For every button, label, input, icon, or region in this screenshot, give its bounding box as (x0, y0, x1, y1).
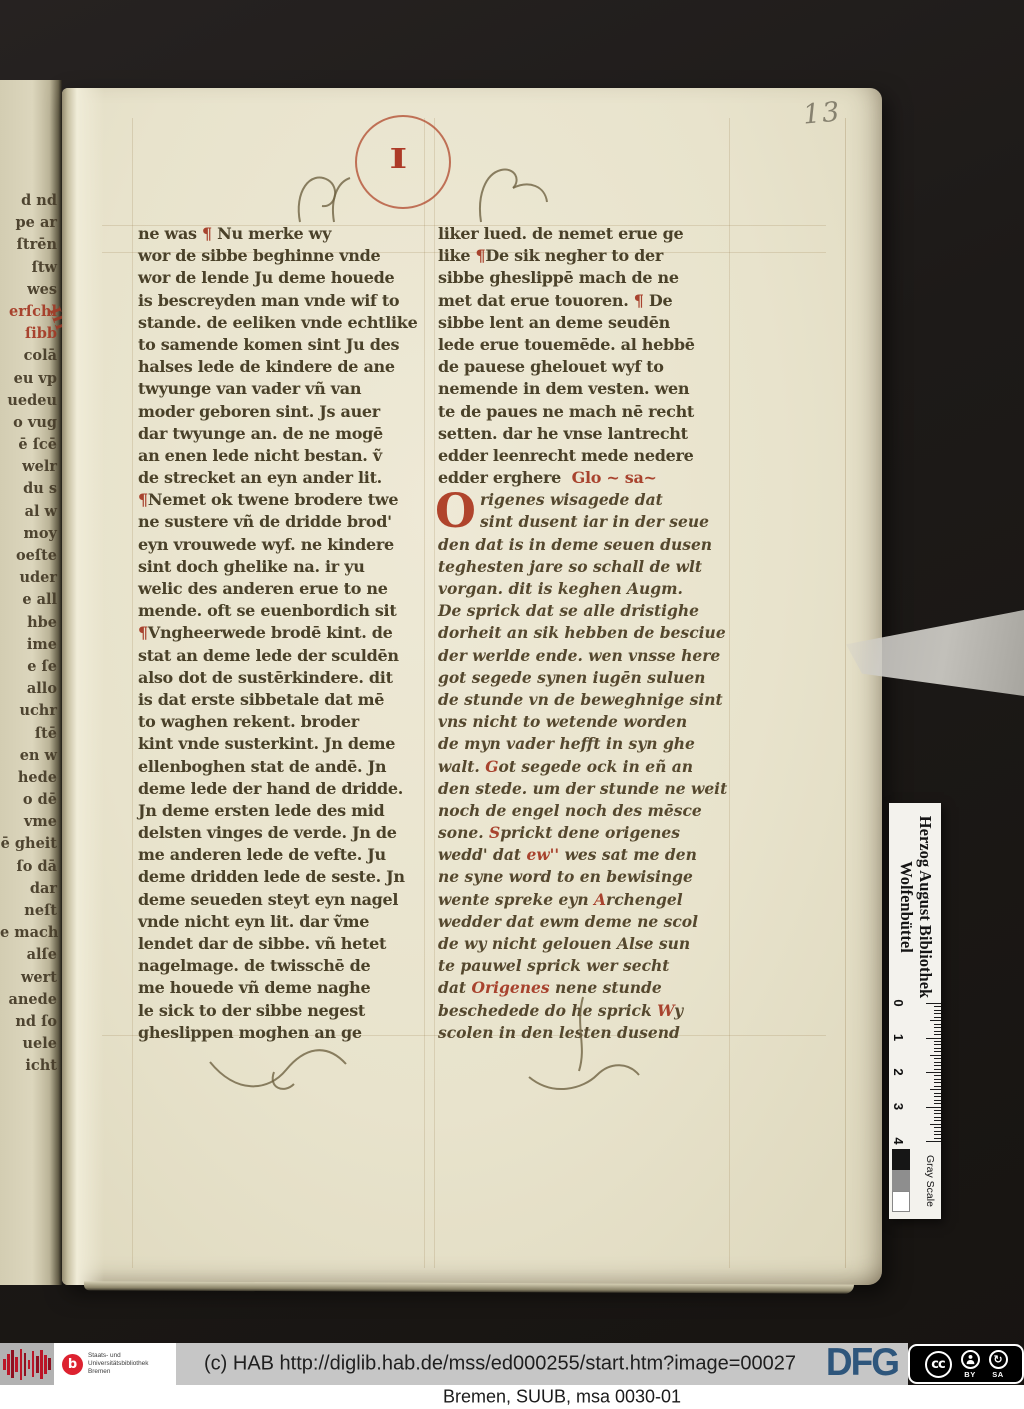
manuscript-line: vnde nicht eyn lit. dar ṽme (138, 912, 440, 934)
bremen-barcode-logo-icon (0, 1343, 54, 1385)
ink-text: rchengel (606, 890, 683, 909)
ruler-tick (934, 1051, 941, 1052)
bremen-org-line: Bremen (88, 1368, 148, 1376)
facing-page-fragment: wes (0, 281, 62, 303)
manuscript-line: De sprick dat se alle dristighe (438, 601, 740, 623)
footer-caption-row: Bremen, SUUB, msa 0030-01 (0, 1385, 1024, 1409)
ink-text: stat an deme lede der sculdēn (138, 646, 399, 665)
barcode-bar (7, 1354, 10, 1375)
rubric-text: W (657, 1001, 674, 1020)
ink-text: walt. (438, 757, 485, 776)
facing-page-fragment: uder (0, 569, 62, 591)
manuscript-line: ne syne word to en bewisinge (438, 867, 740, 889)
ink-text: le sick to der sibbe negest (138, 1001, 365, 1020)
manuscript-page: 13 I ne was ¶ Nu merke wywor de sibbe be… (62, 88, 882, 1285)
ruler-tick (934, 1044, 941, 1045)
manuscript-line: wor de sibbe beghinne vnde (138, 246, 440, 268)
ink-text: dar twyunge an. de ne mogē (138, 424, 383, 443)
manuscript-line: kint vnde susterkint. Jn deme (138, 734, 440, 756)
manuscript-line: moder geboren sint. Js auer (138, 402, 440, 424)
manuscript-line: me anderen lede de vefte. Ju (138, 845, 440, 867)
barcode-bar (32, 1351, 35, 1377)
cc-license-badge: cc BY ↻ SA (908, 1344, 1024, 1384)
ruler-tick (926, 1072, 941, 1073)
grayscale-label: Gray Scale (924, 1155, 936, 1207)
manuscript-line: noch de engel noch des mēsce (438, 801, 740, 823)
ruler-tick (934, 1113, 941, 1114)
facing-page-fragment: ime (0, 636, 62, 658)
shelfmark: Bremen, SUUB, msa 0030-01 (443, 1387, 681, 1408)
facing-page-fragment: allo (0, 680, 62, 702)
dropcap-initial: O (435, 484, 476, 539)
ruler-tick (934, 1086, 941, 1087)
manuscript-line: an enen lede nicht bestan. ṽ (138, 446, 440, 468)
manuscript-line: lede erue touemēde. al hebbē (438, 335, 740, 357)
ink-text: eyn vrouwede wyf. ne kindere (138, 535, 394, 554)
manuscript-line: me houede vñ deme naghe (138, 978, 440, 1000)
ink-text: delsten vinges de verde. Jn de (138, 823, 397, 842)
ink-text: vns nicht to wetende worden (438, 712, 687, 731)
ink-text: sint dusent iar in der seue (480, 512, 709, 531)
barcode-bar (44, 1355, 47, 1374)
barcode-bar (15, 1357, 18, 1372)
manuscript-line: is bescreyden man vnde wif to (138, 291, 440, 313)
grayscale-patch (892, 1170, 910, 1191)
manuscript-line: sibbe lent an deme seudēn (438, 313, 740, 335)
bremen-org-line: Staats- und (88, 1352, 148, 1360)
ink-text: sibbe gheslippē mach de ne (438, 268, 679, 287)
cc-by-label: BY (964, 1370, 975, 1379)
manuscript-line: den dat is in deme seuen dusen (438, 535, 740, 557)
facing-page-fragment: o dē (0, 791, 62, 813)
facing-page-fragment: icht (0, 1057, 62, 1079)
ink-text: deme seueden steyt eyn nagel (138, 890, 398, 909)
ruler-tick (934, 1048, 941, 1049)
ruler-tick (934, 1127, 941, 1128)
ink-text: wes sat me den (559, 845, 697, 864)
manuscript-line: dorheit an sik hebben de besciue (438, 623, 740, 645)
manuscript-line: like ¶De sik negher to der (438, 246, 740, 268)
ruler-tick (934, 1010, 941, 1011)
ruling-guide (132, 118, 133, 1268)
ink-text: De sik negher to der (485, 246, 663, 265)
copyright-strip: (c) HAB http://diglib.hab.de/mss/ed00025… (176, 1343, 908, 1385)
pen-flourish-icon (202, 1036, 354, 1100)
facing-page-fragment: pe ar (0, 214, 62, 236)
ruler-tick (926, 1141, 941, 1142)
facing-page-fragment: e mach (0, 924, 62, 946)
ink-text: lendet dar de sibbe. vñ hetet (138, 934, 386, 953)
barcode-bar (40, 1350, 43, 1379)
ink-text: got segede synen iugēn suluen (438, 668, 705, 687)
ink-text: der werlde ende. wen vnsse here (438, 646, 720, 665)
manuscript-line: stat an deme lede der sculdēn (138, 646, 440, 668)
ink-text: rigenes wisagede dat (480, 490, 663, 509)
manuscript-line: rigenes wisagede dat (438, 490, 740, 512)
barcode-bar (48, 1358, 51, 1370)
ruler-tick (926, 1107, 941, 1108)
ink-text: noch de engel noch des mēsce (438, 801, 702, 820)
barcode-bar (36, 1356, 39, 1373)
ruler-tick (934, 1027, 941, 1028)
ink-text: me houede vñ deme naghe (138, 978, 370, 997)
ink-text: te de paues ne mach nē recht (438, 402, 694, 421)
manuscript-line: nagelmage. de twisschē de (138, 956, 440, 978)
ink-text: prickt dene origenes (500, 823, 680, 842)
ink-text: de myn vader hefft in syn ghe (438, 734, 695, 753)
ruler-tick (926, 1003, 941, 1004)
ruler-number: 4 (891, 1137, 906, 1144)
cc-by-person-icon (961, 1350, 980, 1369)
ink-text: vnde nicht eyn lit. dar ṽme (138, 912, 369, 931)
facing-page-edge: d ndpe arſtrēnſtwweserſchlſibbcolāeu vpu… (0, 80, 62, 1285)
ruler-tick (934, 1041, 941, 1042)
ruler-tick (930, 1089, 941, 1090)
ruler-tick (930, 1020, 941, 1021)
facing-page-fragment: oeſte (0, 547, 62, 569)
facing-page-fragment: ē gheit (0, 835, 62, 857)
ink-text: setten. dar he vnse lantrecht (438, 424, 688, 443)
cc-by-item: BY (961, 1350, 980, 1379)
manuscript-line: delsten vinges de verde. Jn de (138, 823, 440, 845)
manuscript-line: mende. oft se euenbordich sit (138, 601, 440, 623)
ruler-tick (934, 1024, 941, 1025)
ruler-tick (934, 1075, 941, 1076)
ink-text: liker lued. de nemet erue ge (438, 224, 683, 243)
ink-text: an enen lede nicht bestan. ṽ (138, 446, 382, 465)
footer: b Staats- und Universitätsbibliothek Bre… (0, 1343, 1024, 1409)
manuscript-line: de myn vader hefft in syn ghe (438, 734, 740, 756)
ruler-number: 1 (891, 1034, 906, 1041)
ink-text: wedd' dat (438, 845, 526, 864)
facing-page-fragment: d nd (0, 192, 62, 214)
grayscale-patches (892, 1149, 910, 1212)
rubric-text: G (485, 757, 498, 776)
facing-page-fragment: hbe (0, 614, 62, 636)
facing-page-fragment: o vug (0, 414, 62, 436)
manuscript-line: also dot de sustērkindere. dit (138, 668, 440, 690)
ink-text: twyunge van vader vñ van (138, 379, 361, 398)
ruler-tick (934, 1131, 941, 1132)
ruler-tick (934, 1110, 941, 1111)
ink-text: deme dridden lede de seste. Jn (138, 867, 405, 886)
manuscript-line: eyn vrouwede wyf. ne kindere (138, 535, 440, 557)
facing-page-fragment: eu vp (0, 370, 62, 392)
manuscript-line: twyunge van vader vñ van (138, 379, 440, 401)
cc-sa-item: ↻ SA (989, 1350, 1008, 1379)
manuscript-line: halses lede de kindere de ane (138, 357, 440, 379)
ink-text: edder leenrecht mede nedere (438, 446, 694, 465)
ink-text: de pauese ghelouet wyf to (438, 357, 664, 376)
facing-page-fragment: ē ſcē (0, 436, 62, 458)
ruler-tick (934, 1134, 941, 1135)
ink-text: Nemet ok twene brodere twe (148, 490, 398, 509)
ink-text: is dat erste sibbetale dat mē (138, 690, 384, 709)
dfg-logo: DFG (826, 1340, 898, 1384)
ruler-tick (934, 1013, 941, 1014)
ink-text: nemende in dem vesten. wen (438, 379, 689, 398)
ink-text: ellenboghen stat de andē. Jn (138, 757, 386, 776)
bremen-org-name: Staats- und Universitätsbibliothek Breme… (88, 1352, 148, 1375)
facing-page-fragment: ſtw (0, 259, 62, 281)
facing-page-fragment: en w (0, 747, 62, 769)
ink-text: De (644, 291, 673, 310)
ink-text: halses lede de kindere de ane (138, 357, 395, 376)
manuscript-line: deme seueden steyt eyn nagel (138, 890, 440, 912)
facing-page-fragment: dar (0, 880, 62, 902)
ink-text: wente spreke eyn (438, 890, 594, 909)
ruler-tick (934, 1034, 941, 1035)
rubric-text: ¶ (476, 246, 486, 265)
pen-ascender-flourish-icon (290, 164, 362, 226)
manuscript-line: liker lued. de nemet erue ge (438, 224, 740, 246)
ruler-tick (934, 1062, 941, 1063)
facing-page-fragment: wert (0, 969, 62, 991)
manuscript-line: ¶Vngheerwede brodē kint. de (138, 623, 440, 645)
manuscript-line: de stunde vn de beweghnige sint (438, 690, 740, 712)
ink-text: is bescreyden man vnde wif to (138, 291, 399, 310)
ruler-tick (934, 1017, 941, 1018)
library-label-strip: Herzog August Bibliothek Wolfenbüttel 01… (889, 803, 941, 1219)
ruling-guide (845, 118, 846, 1268)
bremen-b-initial: b (68, 1357, 77, 1372)
library-name-line2: Wolfenbüttel (897, 813, 916, 1001)
ruler-number: 0 (891, 999, 906, 1006)
ruler-number: 2 (891, 1068, 906, 1075)
ruler-number: 3 (891, 1103, 906, 1110)
manuscript-line: stande. de eeliken vnde echtlike (138, 313, 440, 335)
ink-text: ne was (138, 224, 202, 243)
manuscript-line: de strecket an eyn ander lit. (138, 468, 440, 490)
ink-text: ne syne word to en bewisinge (438, 867, 693, 886)
ink-text: lede erue touemēde. al hebbē (438, 335, 695, 354)
manuscript-line: wente spreke eyn Archengel (438, 890, 740, 912)
manuscript-scan: d ndpe arſtrēnſtwweserſchlſibbcolāeu vpu… (0, 0, 1024, 1409)
ruler-tick (934, 1100, 941, 1101)
manuscript-line: got segede synen iugēn suluen (438, 668, 740, 690)
folio-number: 13 (802, 96, 843, 130)
ink-text: sibbe lent an deme seudēn (438, 313, 670, 332)
facing-page-text-fragments: d ndpe arſtrēnſtwweserſchlſibbcolāeu vpu… (0, 80, 62, 1080)
facing-page-fragment: al w (0, 503, 62, 525)
manuscript-line: nemende in dem vesten. wen (438, 379, 740, 401)
ink-text: dat (438, 978, 471, 997)
ink-text: sone. (438, 823, 489, 842)
facing-page-fragment: vme (0, 813, 62, 835)
manuscript-line: deme dridden lede de seste. Jn (138, 867, 440, 889)
manuscript-line: vns nicht to wetende worden (438, 712, 740, 734)
ink-text: wor de sibbe beghinne vnde (138, 246, 380, 265)
ink-text: nagelmage. de twisschē de (138, 956, 370, 975)
manuscript-line: edder leenrecht mede nedere (438, 446, 740, 468)
grayscale-patch (892, 1191, 910, 1212)
ink-text: deme lede der hand de dridde. (138, 779, 403, 798)
bremen-b-icon: b (62, 1354, 83, 1375)
ruler-tick (934, 1058, 941, 1059)
bremen-org-line: Universitätsbibliothek (88, 1360, 148, 1368)
manuscript-line: wor de lende Ju deme houede (138, 268, 440, 290)
manuscript-line: ¶Nemet ok twene brodere twe (138, 490, 440, 512)
manuscript-line: lendet dar de sibbe. vñ hetet (138, 934, 440, 956)
manuscript-line: le sick to der sibbe negest (138, 1001, 440, 1023)
cc-letters: cc (931, 1357, 944, 1372)
manuscript-line: setten. dar he vnse lantrecht (438, 424, 740, 446)
ruler-tick (934, 1138, 941, 1139)
rubric-text: ¶ (138, 623, 148, 642)
ink-text: to samende komen sint Ju des (138, 335, 399, 354)
manuscript-line: wedd' dat ew'' wes sat me den (438, 845, 740, 867)
ink-text: me anderen lede de vefte. Ju (138, 845, 386, 864)
ink-text: ne sustere vñ de dridde brod' (138, 512, 392, 531)
ruler-tick (934, 1069, 941, 1070)
cc-sa-label: SA (992, 1370, 1003, 1379)
manuscript-line: dar twyunge an. de ne mogē (138, 424, 440, 446)
ruler-tick (934, 1093, 941, 1094)
manuscript-line: der werlde ende. wen vnsse here (438, 646, 740, 668)
facing-page-fragment: anede (0, 991, 62, 1013)
facing-page-fragment: ſtē (0, 725, 62, 747)
ink-text: vorgan. dit is keghen Augm. (438, 579, 683, 598)
ink-text: wedder dat ewm deme ne scol (438, 912, 698, 931)
facing-page-fragment: uchr (0, 702, 62, 724)
facing-page-fragment: colā (0, 347, 62, 369)
ink-text: Jn deme ersten lede des mid (138, 801, 384, 820)
ink-text: wor de lende Ju deme houede (138, 268, 394, 287)
rubric-text: S (489, 823, 500, 842)
manuscript-line: sone. Sprickt dene origenes (438, 823, 740, 845)
ink-text: y (674, 1001, 683, 1020)
ruler-tick (934, 1103, 941, 1104)
pen-ascender-flourish-icon (467, 160, 553, 226)
ink-text: welic des anderen erue to ne (138, 579, 388, 598)
ink-text: also dot de sustērkindere. dit (138, 668, 393, 687)
manuscript-line: sint doch ghelike na. ir yu (138, 557, 440, 579)
ink-text: de strecket an eyn ander lit. (138, 468, 382, 487)
ink-text: ot segede ock in eñ an (498, 757, 693, 776)
manuscript-line: de wy nicht gelouen Alse sun (438, 934, 740, 956)
ink-text: den dat is in deme seuen dusen (438, 535, 712, 554)
ruler-tick (934, 1096, 941, 1097)
ink-text: de wy nicht gelouen Alse sun (438, 934, 690, 953)
ink-text: sint doch ghelike na. ir yu (138, 557, 365, 576)
ink-text: to waghen rekent. broder (138, 712, 359, 731)
barcode-bar (3, 1359, 6, 1370)
manuscript-line: met dat erue touoren. ¶ De (438, 291, 740, 313)
manuscript-line: wedder dat ewm deme ne scol (438, 912, 740, 934)
barcode-bar (28, 1360, 31, 1369)
rubric-text: ¶ (202, 224, 217, 243)
ruler-tick (930, 1124, 941, 1125)
bremen-library-logo: b Staats- und Universitätsbibliothek Bre… (54, 1343, 176, 1385)
rubric-text: ¶ (634, 291, 644, 310)
rubric-text: ¶ (138, 490, 148, 509)
manuscript-line: de pauese ghelouet wyf to (438, 357, 740, 379)
ink-text: Vngheerwede brodē kint. de (148, 623, 393, 642)
ruler-tick (934, 1082, 941, 1083)
ink-text: den stede. um der stunde ne weit (438, 779, 727, 798)
pen-flourish-icon (517, 993, 651, 1099)
text-column-right: liker lued. de nemet erue gelike ¶De sik… (438, 224, 740, 1045)
barcode-bar (20, 1349, 23, 1380)
ornament-glyph: I (389, 144, 407, 175)
facing-page-fragment: ſtrēn (0, 236, 62, 258)
ink-text: moder geboren sint. Js auer (138, 402, 380, 421)
facing-page-fragment: du s (0, 480, 62, 502)
manuscript-line: ne was ¶ Nu merke wy (138, 224, 440, 246)
cc-sa-arrow-icon: ↻ (989, 1350, 1008, 1369)
manuscript-line: te pauwel sprick wer secht (438, 956, 740, 978)
library-name-line1: Herzog August Bibliothek (916, 813, 935, 1001)
facing-page-fragment: ſo dā (0, 858, 62, 880)
ink-text: De sprick dat se alle dristighe (438, 601, 699, 620)
facing-page-fragment: uedeu (0, 392, 62, 414)
grayscale-patch (892, 1149, 910, 1170)
ink-text: met dat erue touoren. (438, 291, 634, 310)
library-label-bar: Herzog August Bibliothek Wolfenbüttel 01… (889, 803, 941, 1219)
manuscript-line: to waghen rekent. broder (138, 712, 440, 734)
footer-logo-row: b Staats- und Universitätsbibliothek Bre… (0, 1343, 1024, 1385)
barcode-bar (11, 1350, 14, 1378)
ruler-tick (934, 1079, 941, 1080)
manuscript-line: ellenboghen stat de andē. Jn (138, 757, 440, 779)
ruler-tick (934, 1006, 941, 1007)
manuscript-line: is dat erste sibbetale dat mē (138, 690, 440, 712)
cc-icon: cc (925, 1351, 952, 1378)
ink-text: stande. de eeliken vnde echtlike (138, 313, 417, 332)
manuscript-line: vorgan. dit is keghen Augm. (438, 579, 740, 601)
rubric-text: ew'' (526, 845, 559, 864)
facing-page-fragment: e ſe (0, 658, 62, 680)
ink-text: dorheit an sik hebben de besciue (438, 623, 726, 642)
facing-page-fragment: uele (0, 1035, 62, 1057)
ruler-tick (930, 1055, 941, 1056)
facing-page-fragment: hede (0, 769, 62, 791)
ink-text: te pauwel sprick wer secht (438, 956, 669, 975)
manuscript-line: edder erghere Glo ~ sa~ (438, 468, 740, 490)
manuscript-line: ne sustere vñ de dridde brod' (138, 512, 440, 534)
text-column-left: ne was ¶ Nu merke wywor de sibbe beghinn… (138, 224, 440, 1045)
copyright-url: (c) HAB http://diglib.hab.de/mss/ed00025… (204, 1353, 796, 1376)
manuscript-line: Jn deme ersten lede des mid (138, 801, 440, 823)
facing-page-fragment: alſe (0, 946, 62, 968)
manuscript-line: deme lede der hand de dridde. (138, 779, 440, 801)
ruler-tick (934, 1117, 941, 1118)
manuscript-line: te de paues ne mach nē recht (438, 402, 740, 424)
facing-page-fragment: moy (0, 525, 62, 547)
manuscript-line: welic des anderen erue to ne (138, 579, 440, 601)
rubric-text: Glo ~ sa~ (572, 468, 657, 487)
ink-text: like (438, 246, 476, 265)
ruler-tick (934, 1065, 941, 1066)
rubric-text: A (594, 890, 606, 909)
facing-page-fragment: welr (0, 458, 62, 480)
manuscript-line: sint dusent iar in der seue (438, 512, 740, 534)
ink-text: kint vnde susterkint. Jn deme (138, 734, 395, 753)
ink-text: de stunde vn de beweghnige sint (438, 690, 723, 709)
manuscript-line: walt. Got segede ock in eñ an (438, 757, 740, 779)
ruler-tick (934, 1031, 941, 1032)
facing-page-fragment: neſt (0, 902, 62, 924)
ruler-tick (934, 1120, 941, 1121)
ink-text: Nu merke wy (217, 224, 331, 243)
library-name: Herzog August Bibliothek Wolfenbüttel (897, 813, 935, 1001)
ink-text: mende. oft se euenbordich sit (138, 601, 396, 620)
manuscript-line: sibbe gheslippē mach de ne (438, 268, 740, 290)
facing-page-fragment: nd ſo (0, 1013, 62, 1035)
manuscript-line: to samende komen sint Ju des (138, 335, 440, 357)
manuscript-line: den stede. um der stunde ne weit (438, 779, 740, 801)
ink-text: teghesten jare so schall de wlt (438, 557, 702, 576)
